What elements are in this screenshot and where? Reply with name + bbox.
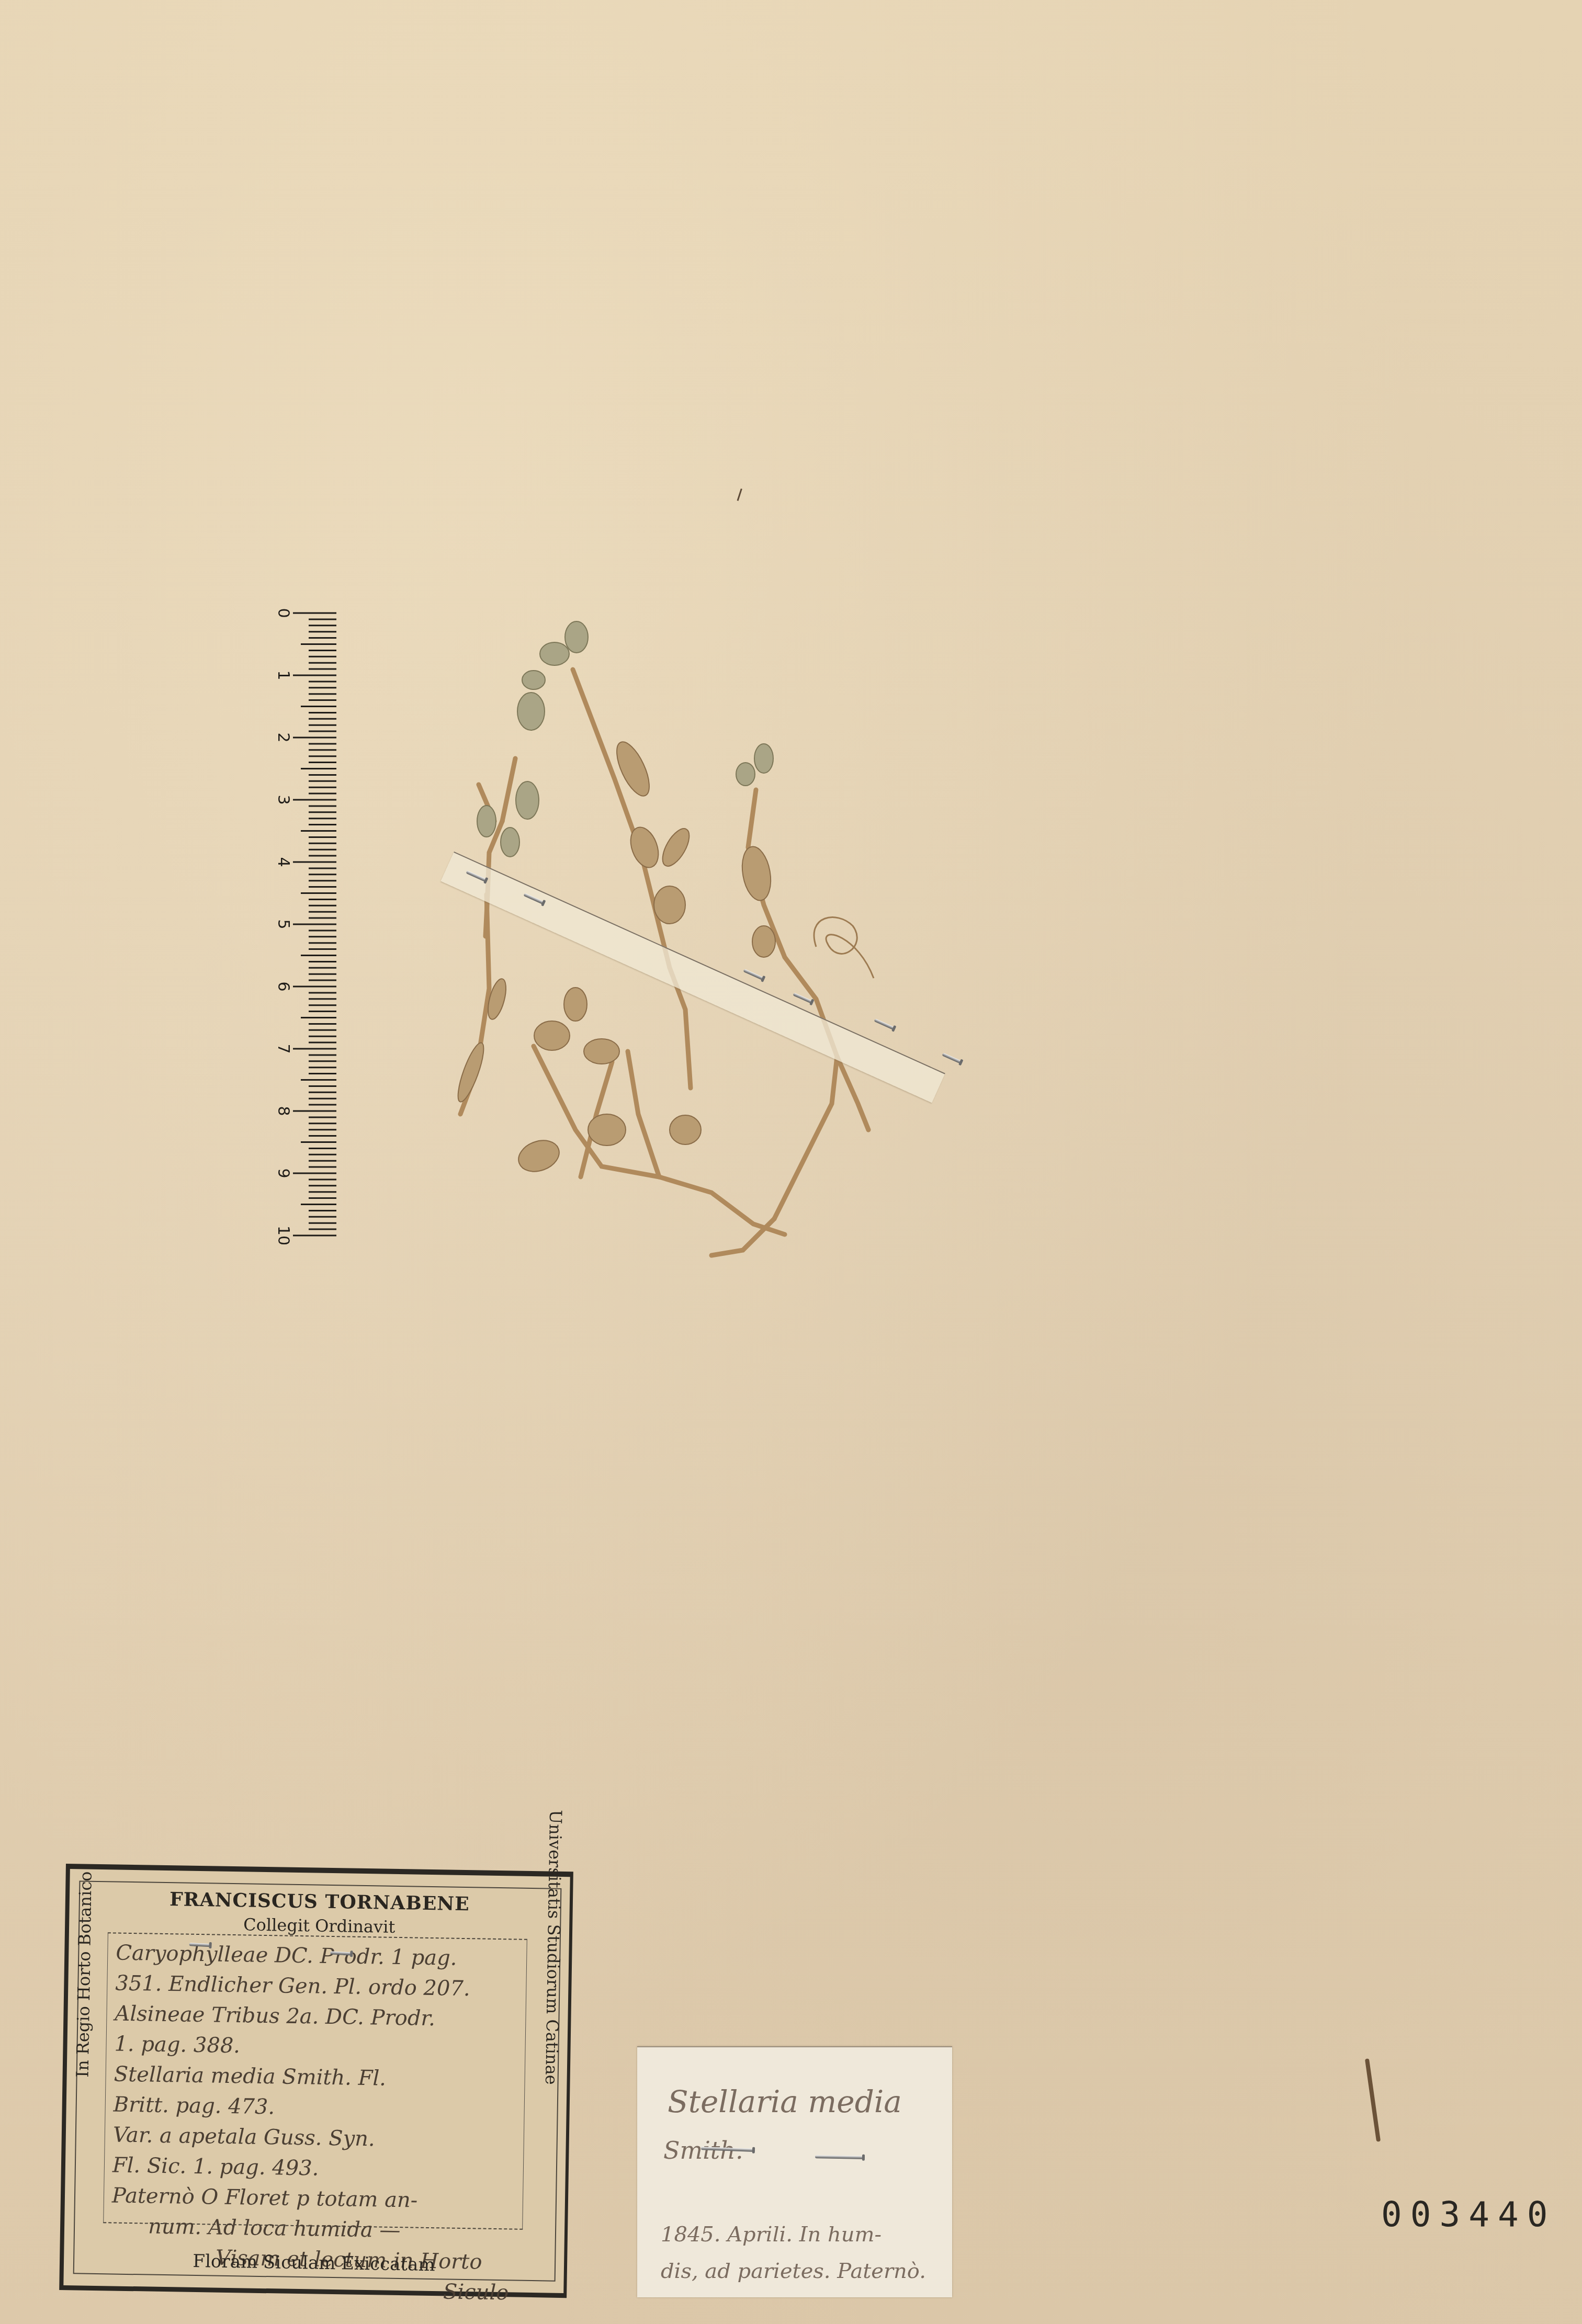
ruler-label: 10 xyxy=(274,1226,292,1245)
debris-mark xyxy=(737,489,747,502)
ruler-label: 7 xyxy=(274,1044,292,1053)
label-taxon-name: Stellaria media xyxy=(668,2084,902,2119)
herbarium-sheet: 0 1 2 3 4 5 6 7 8 9 10 xyxy=(0,0,1582,2324)
catalog-number: 003440 xyxy=(1381,2194,1556,2235)
ruler-label: 3 xyxy=(274,795,292,804)
ruler-label: 4 xyxy=(274,857,292,867)
handwriting-line: Siculo xyxy=(110,2271,514,2308)
ruler-label: 5 xyxy=(274,919,292,929)
pin-icon xyxy=(815,2155,863,2159)
determination-label: Stellaria media Smith. 1845. Aprili. In … xyxy=(637,2046,952,2297)
ruler-label: 2 xyxy=(274,732,292,742)
ruler-label: 6 xyxy=(274,981,292,991)
ruler-label: 0 xyxy=(274,608,292,618)
handwriting-line: num. Ad loca humida — xyxy=(111,2210,515,2247)
loose-stem-fragment xyxy=(1365,2058,1381,2142)
label-side-left: In Regio Horto Botanico xyxy=(73,1871,96,2078)
plant-specimen-icon xyxy=(439,602,1015,1282)
ruler-label: 8 xyxy=(274,1106,292,1116)
ruler-label: 1 xyxy=(274,670,292,680)
scale-ruler: 0 1 2 3 4 5 6 7 8 9 10 xyxy=(272,607,340,1245)
plant-specimen xyxy=(439,602,1015,1282)
label-side-right: Universitatis Studiorum Catinae xyxy=(541,1810,565,2085)
label-locality: dis, ad parietes. Paternò. xyxy=(661,2259,926,2283)
ruler-label: 9 xyxy=(274,1168,292,1178)
label-collection-date: 1845. Aprili. In hum- xyxy=(661,2223,882,2247)
ruler-icon: 0 1 2 3 4 5 6 7 8 9 10 xyxy=(272,607,340,1245)
collector-label: FRANCISCUS TORNABENE Collegit Ordinavit … xyxy=(59,1864,573,2298)
